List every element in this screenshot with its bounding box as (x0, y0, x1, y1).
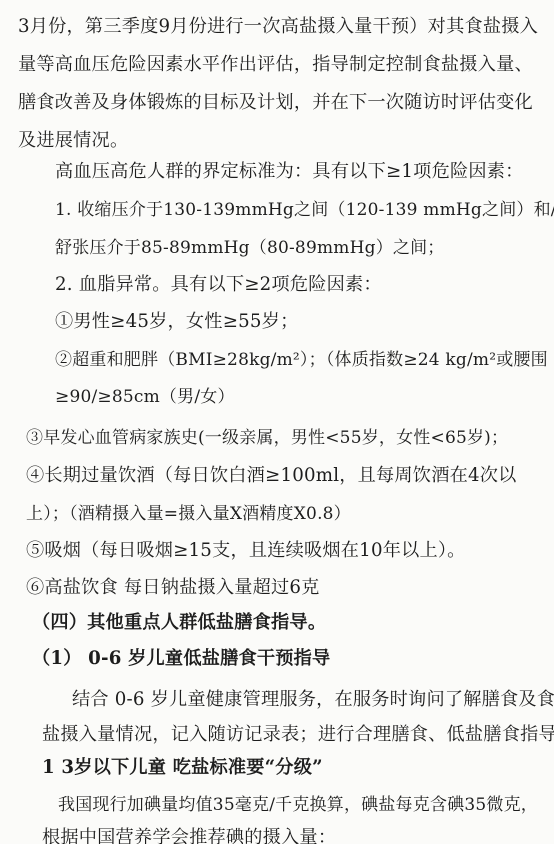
risk-factor-6: ⑥高盐饮食 每日钠盐摄入量超过6克 (26, 577, 320, 599)
document-page: 3月份，第三季度9月份进行一次高盐摄入量干预）对其食盐摄入 量等高血压危险因素水… (0, 0, 554, 844)
paragraph-line: 我国现行加碘量均值35毫克/千克换算，碘盐每克含碘35微克， (58, 794, 538, 816)
risk-factor-4-line-2: 上）；（酒精摄入量=摄入量X酒精度X0.8） (26, 503, 351, 525)
criterion-1-line-1: 1. 收缩压介于130-139mmHg之间（120-139 mmHg之间）和/或 (55, 199, 554, 221)
paragraph-line: 量等高血压危险因素水平作出评估，指导制定控制食盐摄入量、 (18, 54, 533, 76)
item-1-heading: 1 3岁以下儿童 吃盐标准要“分级” (42, 757, 323, 779)
criterion-2: 2. 血脂异常。具有以下≥2项危险因素： (55, 274, 382, 296)
criteria-intro: 高血压高危人群的界定标准为：具有以下≥1项危险因素： (55, 161, 524, 183)
risk-factor-5: ⑤吸烟（每日吸烟≥15支，且连续吸烟在10年以上）。 (26, 540, 466, 562)
paragraph-line: 根据中国营养学会推荐碘的摄入量： (42, 827, 336, 844)
risk-factor-3: ③早发心血管病家族史(一级亲属，男性<55岁，女性<65岁)； (26, 427, 508, 449)
risk-factor-1: ①男性≥45岁，女性≥55岁； (55, 311, 298, 333)
risk-factor-4-line-1: ④长期过量饮酒（每日饮白酒≥100ml，且每周饮酒在4次以 (26, 465, 517, 487)
paragraph-line: 盐摄入量情况，记入随访记录表；进行合理膳食、低盐膳食指导。 (42, 724, 554, 746)
paragraph-line: 3月份，第三季度9月份进行一次高盐摄入量干预）对其食盐摄入 (18, 16, 538, 38)
paragraph-line: 及进展情况。 (18, 130, 128, 152)
section-4-heading: （四）其他重点人群低盐膳食指导。 (32, 612, 326, 634)
subsection-1-heading: （1） 0-6 岁儿童低盐膳食干预指导 (32, 648, 330, 670)
risk-factor-2-line-2: ≥90/≥85cm（男/女） (55, 386, 235, 408)
risk-factor-2-line-1: ②超重和肥胖（BMI≥28kg/m²）；（体质指数≥24 kg/m²或腰围 (55, 349, 548, 371)
criterion-1-line-2: 舒张压介于85-89mmHg（80-89mmHg）之间； (55, 237, 445, 259)
paragraph-line: 膳食改善及身体锻炼的目标及计划，并在下一次随访时评估变化 (18, 92, 533, 114)
paragraph-line: 结合 0-6 岁儿童健康管理服务，在服务时询问了解膳食及食 (72, 689, 554, 711)
